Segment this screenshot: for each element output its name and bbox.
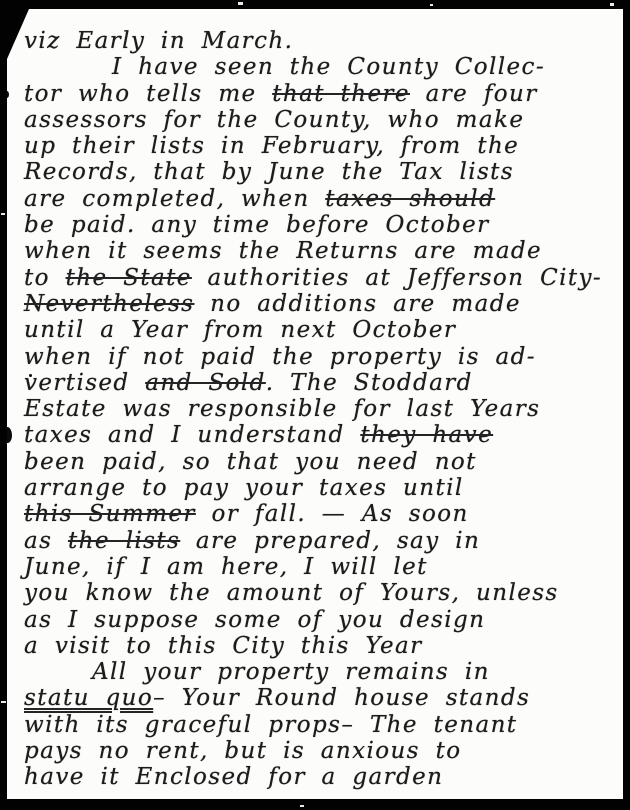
letter-line: up their lists in February, from the xyxy=(24,133,616,159)
ink-blot xyxy=(3,427,12,443)
letter-line: as I suppose some of you design xyxy=(24,607,616,633)
pen-stroke-through: taxes should xyxy=(325,186,495,212)
letter-line: when it seems the Returns are made xyxy=(24,238,616,264)
pen-underline: statu quo xyxy=(24,685,153,711)
pen-stroke-through: the lists xyxy=(68,528,180,554)
letter-line: be paid. any time before October xyxy=(24,212,616,238)
letter-line: statu quo– Your Round house stands xyxy=(24,685,616,711)
letter-line: are completed, when taxes should xyxy=(24,186,616,212)
letter-line: vertised and Sold. The Stoddard xyxy=(24,370,616,396)
ink-speck xyxy=(5,91,9,98)
scan-dust xyxy=(1,213,5,215)
letter-paper: viz Early in March.I have seen the Count… xyxy=(7,9,623,799)
scan-dust xyxy=(610,3,614,6)
letter-line: have it Enclosed for a garden xyxy=(24,764,616,790)
letter-line: to the State authorities at Jefferson Ci… xyxy=(24,265,616,291)
pen-stroke-through: they have xyxy=(360,422,493,448)
letter-line: taxes and I understand they have xyxy=(24,422,616,448)
scan-dust xyxy=(238,2,243,5)
scan-background: viz Early in March.I have seen the Count… xyxy=(0,0,630,810)
pen-stroke-through: the State xyxy=(66,265,192,291)
pen-stroke-through: and Sold xyxy=(145,370,265,396)
letter-line: Records, that by June the Tax lists xyxy=(24,159,616,185)
letter-line: All your property remains in xyxy=(24,659,616,685)
letter-line: arrange to pay your taxes until xyxy=(24,475,616,501)
letter-line: a visit to this City this Year xyxy=(24,633,616,659)
scan-dust xyxy=(430,4,433,6)
letter-line: Estate was responsible for last Years xyxy=(24,396,616,422)
letter-line: I have seen the County Collec- xyxy=(24,54,616,80)
letter-line: this Summer or fall. — As soon xyxy=(24,501,616,527)
letter-line: viz Early in March. xyxy=(24,28,616,54)
scanned-letter-page: { "document": { "kind": "handwritten-let… xyxy=(0,0,630,810)
scan-dust xyxy=(1,701,6,703)
scan-dust xyxy=(300,805,304,807)
pen-stroke-through: this Summer xyxy=(24,501,196,527)
letter-line: with its graceful props– The tenant xyxy=(24,712,616,738)
letter-line: until a Year from next October xyxy=(24,317,616,343)
letter-body: viz Early in March.I have seen the Count… xyxy=(24,28,616,791)
letter-line: you know the amount of Yours, unless xyxy=(24,580,616,606)
letter-line: as the lists are prepared, say in xyxy=(24,528,616,554)
letter-line: pays no rent, but is anxious to xyxy=(24,738,616,764)
pen-stroke-through: Nevertheless xyxy=(24,291,194,317)
letter-line: been paid, so that you need not xyxy=(24,449,616,475)
letter-line: when if not paid the property is ad- xyxy=(24,344,616,370)
pen-stroke-through: that there xyxy=(272,81,410,107)
letter-line: tor who tells me that there are four xyxy=(24,81,616,107)
letter-line: Nevertheless no additions are made xyxy=(24,291,616,317)
letter-line: June, if I am here, I will let xyxy=(24,554,616,580)
letter-line: assessors for the County, who make xyxy=(24,107,616,133)
